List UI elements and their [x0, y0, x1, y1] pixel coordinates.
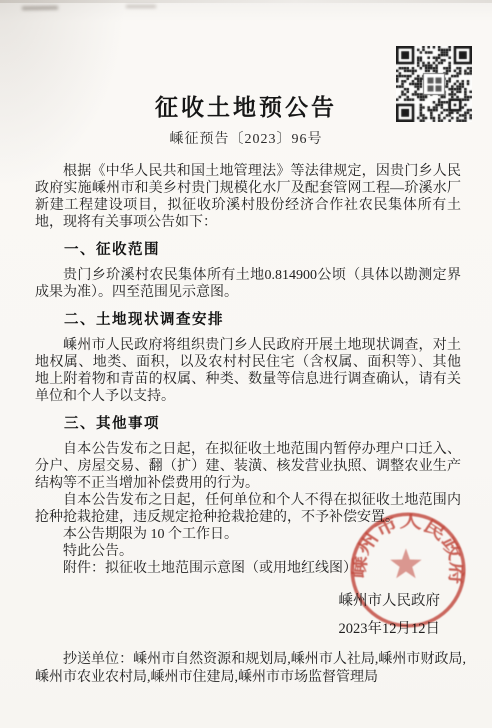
- document-number: 嵊征预告〔2023〕96号: [0, 131, 492, 149]
- hereby-announced-line: 特此公告。: [35, 543, 461, 560]
- intro-paragraph: 根据《中华人民共和国土地管理法》等法律规定，因贵门乡人民政府实施嵊州市和美乡村贵…: [35, 163, 461, 231]
- section-2-paragraph: 嵊州市人民政府将组织贵门乡人民政府开展土地现状调查，对土地权属、地类、面积，以及…: [35, 337, 461, 405]
- document-body: 根据《中华人民共和国土地管理法》等法律规定，因贵门乡人民政府实施嵊州市和美乡村贵…: [0, 163, 492, 577]
- issuing-authority: 嵊州市人民政府: [0, 591, 440, 611]
- document-page: 征收土地预公告 嵊征预告〔2023〕96号 根据《中华人民共和国土地管理法》等法…: [0, 0, 492, 728]
- notice-period-line: 本公告期限为 10 个工作日。: [35, 526, 461, 543]
- qr-code-icon: [396, 46, 472, 122]
- section-2-heading: 二、土地现状调查安排: [35, 312, 461, 329]
- section-1-paragraph: 贵门乡玠溪村农民集体所有土地0.814900公顷（具体以勘测定界成果为准）。四至…: [35, 267, 461, 301]
- section-1-heading: 一、征收范围: [35, 242, 461, 259]
- cc-footer: 抄送单位：嵊州市自然资源和规划局,嵊州市人社局,嵊州市财政局,嵊州市农业农村局,…: [0, 651, 492, 686]
- section-3-paragraph: 自本公告发布之日起，在拟征收土地范围内暂停办理户口迁入、分户、房屋交易、翻（扩）…: [35, 441, 461, 492]
- issue-date: 2023年12月12日: [0, 619, 440, 639]
- attachment-line: 附件：拟征收土地范围示意图（或用地红线图）: [35, 560, 461, 577]
- section-3-heading: 三、其他事项: [35, 416, 461, 433]
- section-3-paragraph: 自本公告发布之日起，任何单位和个人不得在拟征收土地范围内抢种抢栽抢建，违反规定抢…: [35, 492, 461, 526]
- signature-block: 嵊州市人民政府 2023年12月12日: [0, 591, 492, 639]
